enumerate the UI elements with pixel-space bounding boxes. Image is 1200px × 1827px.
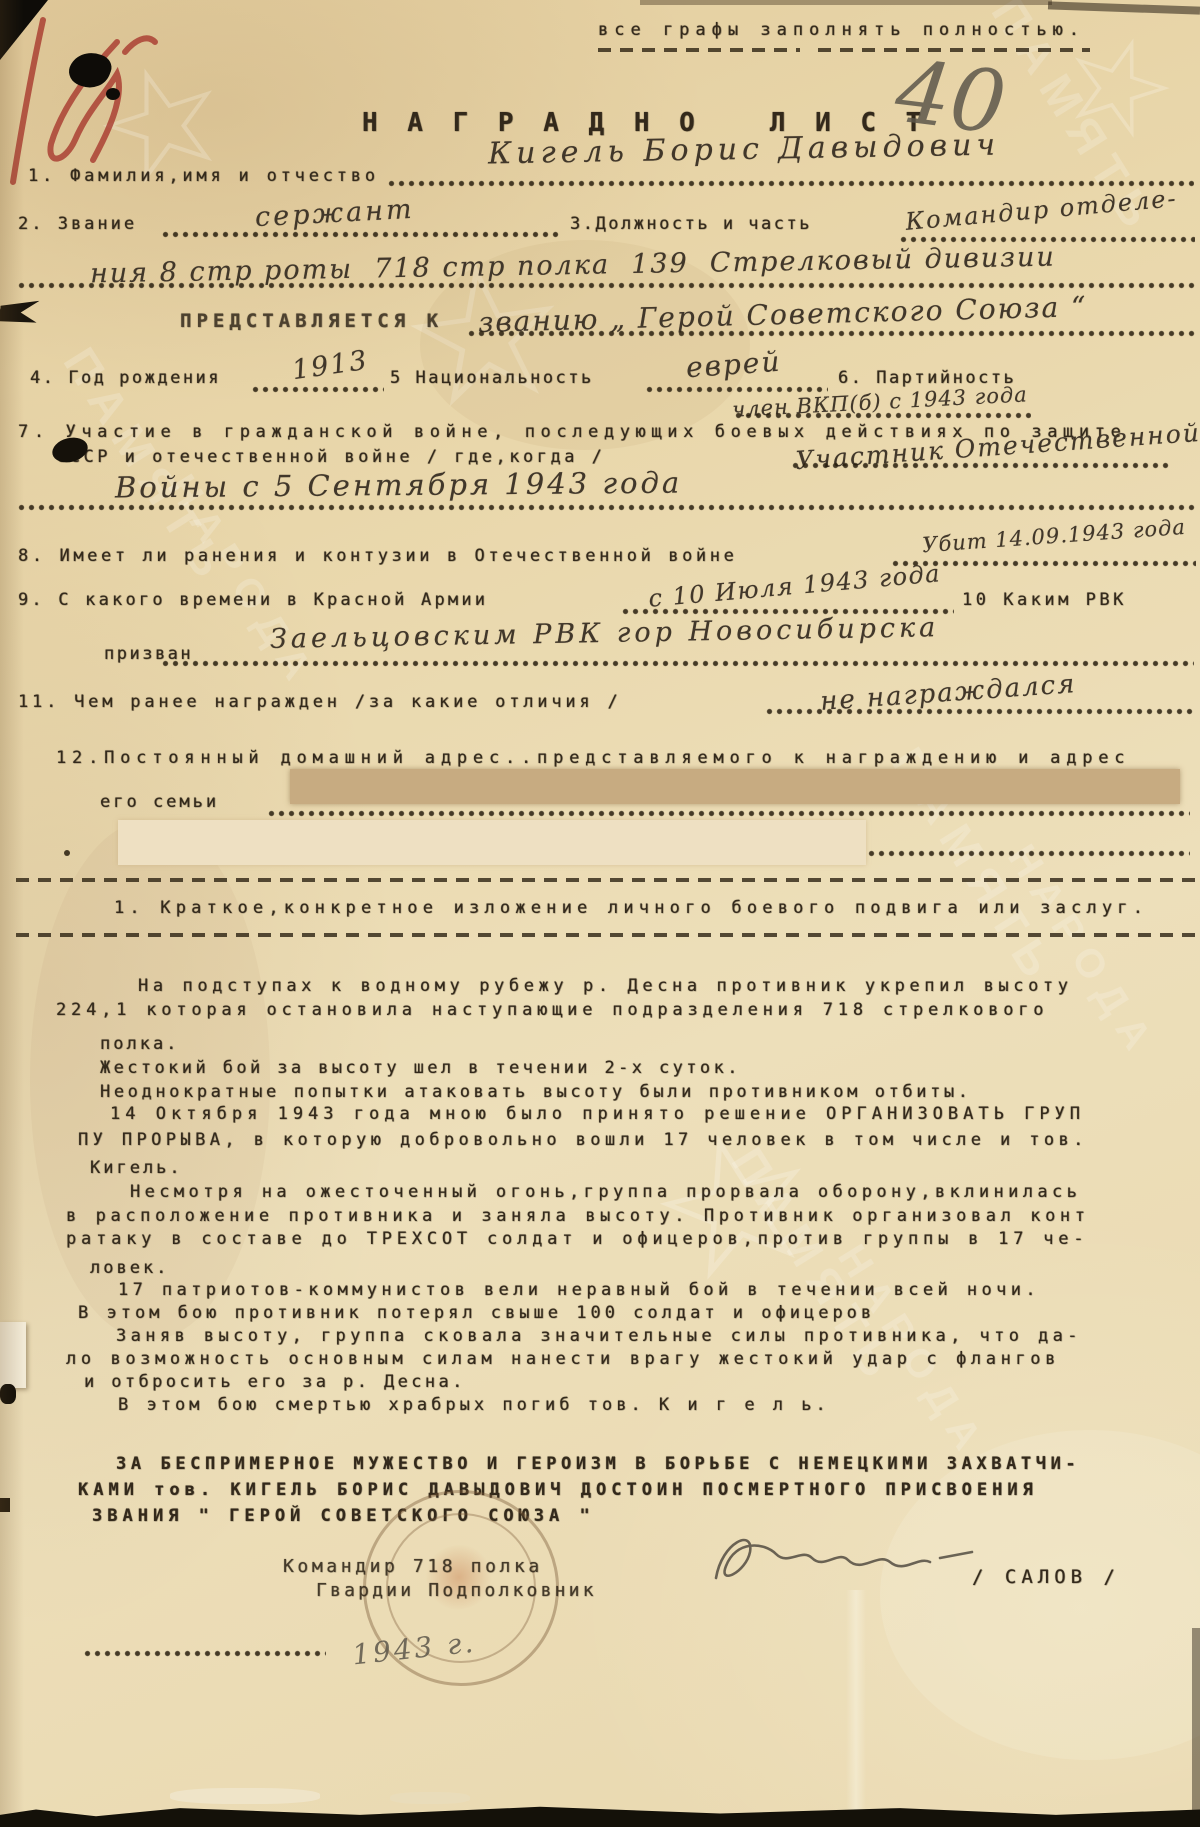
- citation-line: Несмотря на ожесточенный огонь,группа пр…: [130, 1182, 1081, 1202]
- citation-line: ловек.: [90, 1258, 169, 1278]
- field-3-value-part1-handwritten: Командир отделе-: [904, 184, 1178, 236]
- field-1-label: 1. Фамилия,имя и отчество: [28, 166, 379, 186]
- fill-all-fields-instruction: все графы заполнять полностью.: [598, 20, 1085, 40]
- field-11-dotted-line: [766, 708, 1194, 715]
- redaction-box: [118, 820, 866, 865]
- field-8-value-handwritten: Убит 14.09.1943 года: [921, 515, 1186, 557]
- redaction-box: [290, 769, 1180, 804]
- bottom-torn-paper: [170, 1788, 320, 1804]
- field-9-value-handwritten: с 10 Июля 1943 года: [647, 559, 942, 612]
- edge-mark: [0, 295, 40, 326]
- salov-signature: [690, 1520, 990, 1610]
- field-3-label: 3.Должность и часть: [570, 214, 812, 234]
- field-7-dotted-line: [792, 462, 1172, 469]
- section-separator: [16, 933, 1196, 937]
- bottom-edge-strip: [0, 1800, 1200, 1827]
- field-4-dotted-line: [252, 386, 384, 393]
- field-8-label: 8. Имеет ли ранения и контузии в Отечест…: [18, 546, 737, 566]
- field-7-dotted-line2: [18, 504, 1196, 511]
- field-12-label-cont: его семьи: [100, 792, 219, 812]
- field-5-value-handwritten: еврей: [685, 345, 782, 385]
- field-12-dotted-line2: [868, 850, 1190, 857]
- watermark-text: НАРОДА: [998, 837, 1165, 1068]
- signer-position-line2: Гвардии Подполковник: [316, 1580, 597, 1601]
- top-edge-shadow: [640, 0, 1052, 5]
- presented-for-label: ПРЕДСТАВЛЯЕТСЯ К: [180, 310, 443, 332]
- paper-crease: [846, 1590, 866, 1820]
- top-right-edge: [1048, 1, 1200, 14]
- field-10-label: 10 Каким РВК: [962, 590, 1127, 610]
- presented-for-dotted-line: [468, 330, 1196, 337]
- field-2-value-handwritten: сержант: [254, 194, 415, 233]
- field-7-value-line2-handwritten: Войны с 5 Сентября 1943 года: [115, 466, 682, 505]
- left-edge-shadow: [0, 0, 24, 1827]
- citation-line: 14 Октября 1943 года мною было принято р…: [110, 1104, 1085, 1124]
- section2-heading: 1. Краткое,конкретное изложение личного …: [114, 898, 1148, 918]
- signer-position-line1: Командир 718 полка: [283, 1556, 543, 1577]
- citation-line: ло возможность основным силам нанести вр…: [66, 1349, 1060, 1369]
- field-6-dotted-line: [735, 412, 1031, 419]
- field-5-label: 5 Национальность: [390, 368, 594, 388]
- citation-line: В этом бою противник потерял свыше 100 с…: [78, 1303, 875, 1323]
- instruction-underline: [598, 48, 800, 52]
- bottom-torn-paper: [390, 1792, 470, 1804]
- citation-line: ПУ ПРОРЫВА, в которую добровольно вошли …: [78, 1130, 1088, 1150]
- section-separator: [16, 878, 1196, 882]
- citation-line: В этом бою смертью храбрых погиб тов. К …: [118, 1395, 830, 1415]
- edge-mark: [0, 1498, 10, 1512]
- citation-line: 224,1 которая остановила наступающие под…: [56, 1000, 1048, 1020]
- field-12-label: 12.Постоянный домашний адрес..представля…: [56, 748, 1130, 768]
- field-5-dotted-line: [646, 386, 828, 393]
- citation-line: и отбросить его за р. Десна.: [84, 1372, 466, 1392]
- citation-line: Неоднократные попытки атаковать высоту б…: [100, 1082, 972, 1102]
- field-4-value-handwritten: 1913: [290, 345, 370, 386]
- citation-line: Заняв высоту, группа сковала значительны…: [116, 1326, 1082, 1346]
- stray-period-mark: [64, 850, 70, 856]
- field-10-dotted-line: [162, 660, 1194, 667]
- field-2-dotted-line: [162, 231, 562, 238]
- edge-mark: [0, 1384, 16, 1404]
- citation-line: Жестокий бой за высоту шел в течении 2-х…: [100, 1058, 741, 1078]
- conclusion-line: ЗА БЕСПРИМЕРНОЕ МУЖЕСТВО И ГЕРОИЗМ В БОР…: [116, 1454, 1080, 1474]
- field-9-label: 9. С какого времени в Красной Армии: [18, 590, 488, 610]
- field-10-value-handwritten: Заельцовским РВК гор Новосибирска: [270, 612, 940, 655]
- field-3-dotted-line2: [18, 282, 1196, 289]
- conclusion-line: КАМИ тов. КИГЕЛЬ БОРИС ДАВЫДОВИЧ ДОСТОИН…: [78, 1480, 1038, 1500]
- citation-line: На подступах к водному рубежу р. Десна п…: [138, 976, 1073, 996]
- citation-line: 17 патриотов-коммунистов вели неравный б…: [118, 1280, 1040, 1300]
- edge-tear-white: [0, 1322, 26, 1388]
- field-4-label: 4. Год рождения: [30, 368, 221, 388]
- signer-name-typed: / САЛОВ /: [972, 1566, 1120, 1588]
- right-edge-shadow: [1192, 1628, 1200, 1827]
- field-7-label-line2: СССР и отечественной войне / где,когда /: [56, 447, 605, 467]
- citation-line: ратаку в составе до ТРЕХСОТ солдат и офи…: [66, 1229, 1088, 1249]
- citation-line: полка.: [100, 1034, 179, 1054]
- field-11-label: 11. Чем ранее награжден /за какие отличи…: [18, 692, 622, 712]
- citation-line: Кигель.: [90, 1158, 183, 1178]
- citation-line: в расположение противника и заняла высот…: [66, 1206, 1090, 1226]
- award-sheet-scan: ☆ ☆ ☆ ☆ ПАМЯТЬ НАРОДА ПАМЯТЬ ПАМЯТЬ НАРО…: [0, 0, 1200, 1827]
- field-1-dotted-line: [388, 180, 1194, 187]
- footer-dotted-line: [84, 1650, 326, 1657]
- field-2-label: 2. Звание: [18, 214, 137, 234]
- field-12-dotted-line: [268, 810, 1190, 817]
